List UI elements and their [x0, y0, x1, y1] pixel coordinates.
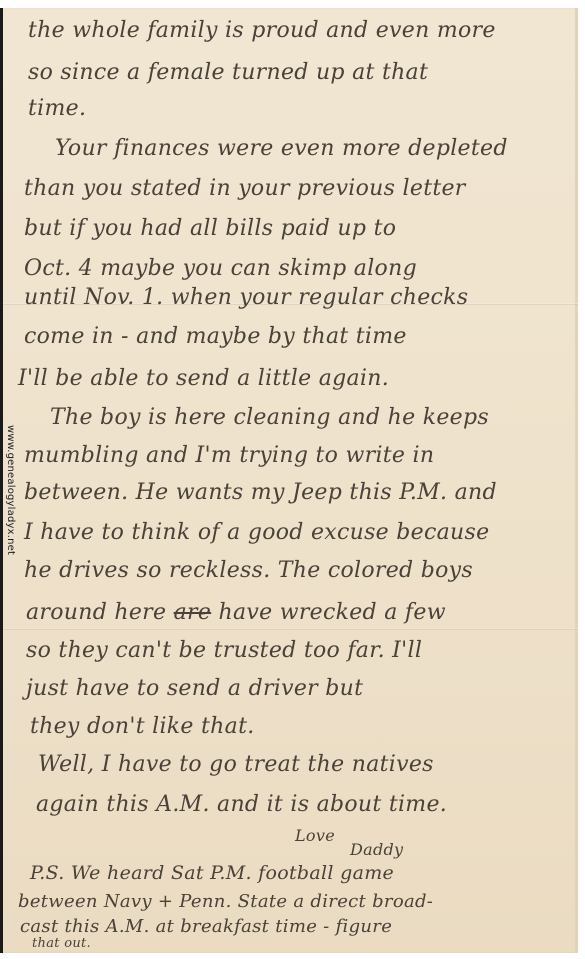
letter-line: the whole family is proud and even more [28, 18, 496, 43]
letter-line: so they can't be trusted too far. I'll [26, 638, 422, 663]
paper-fold-line [3, 628, 578, 630]
closing-salutation: Love [295, 826, 335, 845]
letter-line: between. He wants my Jeep this P.M. and [24, 480, 497, 505]
letter-line: I'll be able to send a little again. [18, 366, 389, 391]
paper-right-edge [575, 8, 578, 953]
line-text: have wrecked a few [211, 600, 446, 625]
letter-line: so since a female turned up at that [28, 60, 428, 85]
letter-line: but if you had all bills paid up to [24, 216, 396, 241]
letter-line-with-strikeout: around here are have wrecked a few [26, 600, 446, 625]
postscript-line: P.S. We heard Sat P.M. football game [30, 862, 394, 884]
line-text: around here [26, 600, 174, 625]
letter-line: until Nov. 1. when your regular checks [24, 285, 468, 310]
scanned-letter-page: www.genealogyladyx.net the whole family … [0, 0, 585, 959]
postscript-line: between Navy + Penn. State a direct broa… [18, 891, 433, 912]
postscript-line: cast this A.M. at breakfast time - figur… [20, 916, 392, 937]
letter-line: Well, I have to go treat the natives [38, 752, 434, 777]
letter-line: The boy is here cleaning and he keeps [50, 405, 489, 430]
letter-line: mumbling and I'm trying to write in [24, 443, 434, 468]
letter-line: Your finances were even more depleted [55, 136, 508, 161]
letter-line: he drives so reckless. The colored boys [24, 558, 473, 583]
struck-out-word: are [174, 600, 212, 625]
letter-line: than you stated in your previous letter [24, 176, 466, 201]
signature: Daddy [350, 840, 403, 859]
website-watermark: www.genealogyladyx.net [2, 425, 16, 585]
letter-line: time. [28, 96, 86, 121]
letter-line: just have to send a driver but [26, 676, 363, 701]
letter-line: they don't like that. [30, 714, 255, 739]
letter-line: Oct. 4 maybe you can skimp along [24, 256, 417, 281]
letter-line: I have to think of a good excuse because [24, 520, 489, 545]
letter-line: again this A.M. and it is about time. [36, 792, 447, 817]
letter-line: come in - and maybe by that time [24, 324, 407, 349]
postscript-line: that out. [32, 936, 91, 951]
